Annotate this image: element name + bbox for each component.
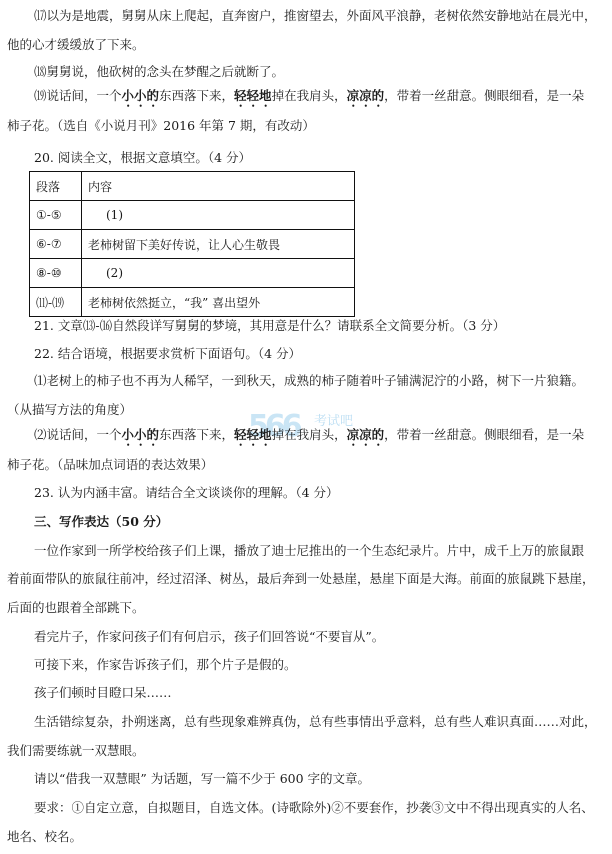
header-cell: 内容 — [82, 172, 355, 201]
table-row: ⑧-⑩ (2) — [30, 259, 355, 288]
q20-prompt: 20. 阅读全文，根据文意填空。（4 分） — [34, 150, 251, 166]
writing-requirements-line1: 要求：①自定立意，自拟题目，自选文体。(诗歌除外)②不要套作，抄袭③文中不得出现… — [34, 800, 594, 816]
writing-requirements-line2: 地名、校名。 — [7, 829, 82, 845]
passage-p19-line1: ⒆说话间，一个小小的东西落下来，轻轻地掉在我肩头，凉凉的，带着一丝甜意。侧眼细看… — [34, 88, 584, 110]
table-row: ⑥-⑦ 老柿树留下美好传说，让人心生敬畏 — [30, 230, 355, 259]
emphasized-word: 凉凉的 — [347, 88, 385, 103]
table-header-row: 段落 内容 — [30, 172, 355, 201]
emphasized-word: 小小的 — [122, 88, 160, 103]
passage-p17-line2: 他的心才缓缓放了下来。 — [7, 37, 145, 53]
paragraph-range-cell: ⑥-⑦ — [30, 230, 82, 259]
emphasized-word: 轻轻地 — [234, 427, 272, 442]
emphasized-word: 小小的 — [122, 427, 160, 442]
passage-p18: ⒅舅舅说，他砍树的念头在梦醒之后就断了。 — [34, 64, 284, 80]
paragraph-range-cell: ①-⑤ — [30, 201, 82, 230]
q23-prompt: 23. 认为内涵丰富。请结合全文谈谈你的理解。（4 分） — [34, 485, 339, 501]
paragraph-range-cell: ⑧-⑩ — [30, 259, 82, 288]
text-segment: 东西落下来， — [159, 88, 234, 103]
text-segment: 东西落下来， — [159, 427, 234, 442]
table-row: ⑾-⒆ 老柿树依然挺立，“我” 喜出望外 — [30, 288, 355, 317]
paragraph-range-cell: ⑾-⒆ — [30, 288, 82, 317]
writing-para5-line1: 生活错综复杂，扑朔迷离，总有些现象难辨真伪，总有些事情出乎意料，总有些人难识真面… — [34, 714, 597, 730]
text-segment: ⒆说话间，一个 — [34, 88, 122, 103]
q22-prompt: 22. 结合语境，根据要求赏析下面语句。（4 分） — [34, 346, 301, 362]
writing-para4: 孩子们顿时目瞪口呆…… — [34, 685, 172, 701]
writing-section-heading: 三、写作表达（50 分） — [34, 514, 168, 530]
text-segment: 掉在我肩头， — [272, 427, 347, 442]
q21-prompt: 21. 文章⒀-⒃自然段详写舅舅的梦境，其用意是什么？请联系全文简要分析。（3 … — [34, 318, 505, 334]
writing-para2: 看完片子，作家问孩子们有何启示，孩子们回答说“不要盲从”。 — [34, 629, 384, 645]
text-segment: 掉在我肩头， — [272, 88, 347, 103]
content-blank-cell: (1) — [82, 201, 355, 230]
writing-para1-line1: 一位作家到一所学校给孩子们上课，播放了迪士尼推出的一个生态纪录片。片中，成千上万… — [34, 543, 584, 559]
q22-sentence1-line1: ⑴老树上的柿子也不再为人稀罕，一到秋天，成熟的柿子随着叶子铺满泥泞的小路，树下一… — [34, 373, 584, 389]
header-cell: 段落 — [30, 172, 82, 201]
content-cell: 老柿树依然挺立，“我” 喜出望外 — [82, 288, 355, 317]
paragraph-summary-table: 段落 内容 ①-⑤ (1) ⑥-⑦ 老柿树留下美好传说，让人心生敬畏 ⑧-⑩ (… — [29, 171, 355, 317]
content-cell: 老柿树留下美好传说，让人心生敬畏 — [82, 230, 355, 259]
text-segment: ，带着一丝甜意。侧眼细看，是一朵 — [384, 88, 584, 103]
passage-p17-line1: ⒄以为是地震，舅舅从床上爬起，直奔窗户，推窗望去，外面风平浪静，老树依然安静地站… — [34, 8, 597, 24]
writing-topic: 请以“借我一双慧眼” 为话题，写一篇不少于 600 字的文章。 — [34, 771, 370, 787]
emphasized-word: 凉凉的 — [347, 427, 385, 442]
emphasized-word: 轻轻地 — [234, 88, 272, 103]
text-segment: ⑵说话间，一个 — [34, 427, 122, 442]
content-blank-cell: (2) — [82, 259, 355, 288]
table-row: ①-⑤ (1) — [30, 201, 355, 230]
writing-para1-line2: 着前面带队的旅鼠往前冲，经过沼泽、树丛，最后奔到一处悬崖，悬崖下面是大海。前面的… — [7, 571, 595, 587]
text-segment: ，带着一丝甜意。侧眼细看，是一朵 — [384, 427, 584, 442]
writing-para5-line2: 我们需要练就一双慧眼。 — [7, 743, 145, 759]
q22-sentence1-line2: （从描写方法的角度） — [7, 402, 132, 418]
q22-sentence2-line2: 柿子花。（品味加点词语的表达效果） — [7, 457, 213, 473]
writing-para1-line3: 后面的也跟着全部跳下。 — [7, 600, 145, 616]
passage-p19-line2: 柿子花。（选自《小说月刊》2016 年第 7 期，有改动） — [7, 118, 315, 134]
writing-para3: 可接下来，作家告诉孩子们，那个片子是假的。 — [34, 657, 297, 673]
q22-sentence2-line1: ⑵说话间，一个小小的东西落下来，轻轻地掉在我肩头，凉凉的，带着一丝甜意。侧眼细看… — [34, 427, 584, 449]
